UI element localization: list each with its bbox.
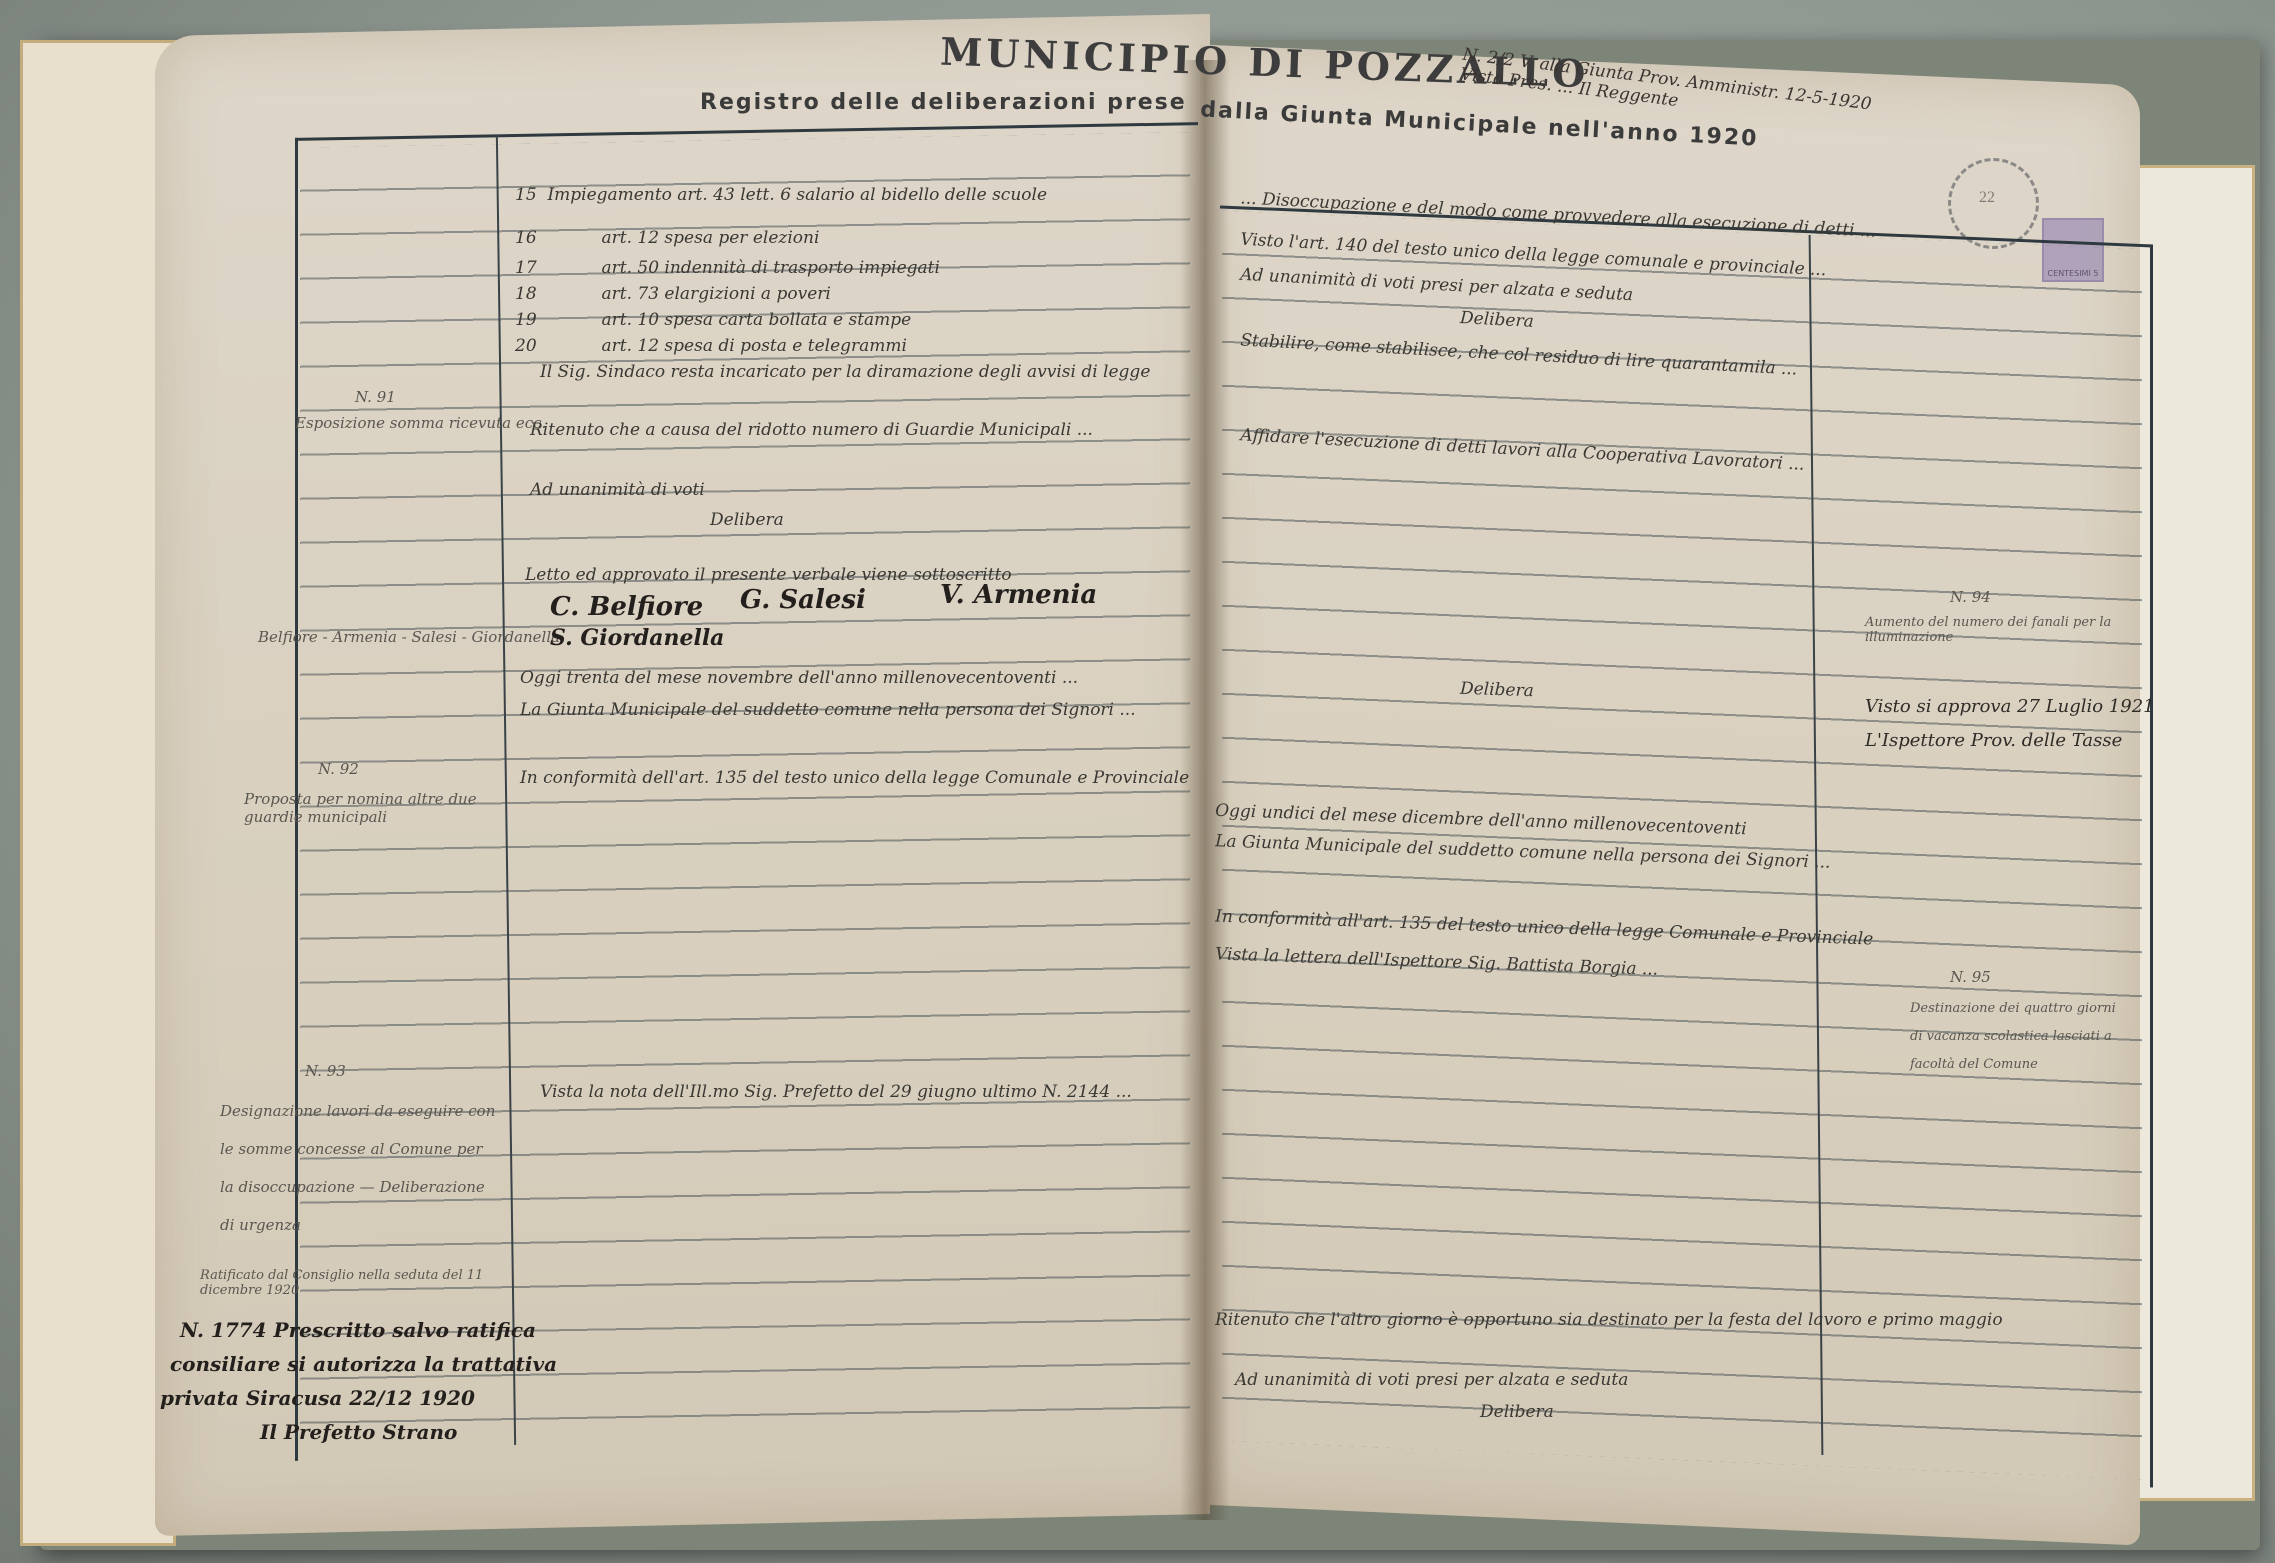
entry-number-91: N. 91	[355, 388, 396, 406]
body-line: Ritenuto che a causa del ridotto numero …	[530, 420, 1093, 440]
body-line: Ad unanimità di voti	[530, 480, 705, 500]
entry-subject-95: Destinazione dei quattro giorni di vacan…	[1910, 995, 2120, 1079]
entry-subject-91: Esposizione somma ricevuta ecc.	[295, 414, 546, 432]
body-line: Vista la nota dell'Ill.mo Sig. Prefetto …	[540, 1082, 1132, 1102]
body-line: In conformità dell'art. 135 del testo un…	[520, 768, 1189, 788]
budget-line: 17 art. 50 indennità di trasporto impieg…	[515, 258, 940, 278]
entry-signers: Belfiore - Armenia - Salesi - Giordanell…	[258, 628, 560, 646]
body-line: Ad unanimità di voti presi per alzata e …	[1235, 1370, 1628, 1390]
signature: S. Giordanella	[550, 625, 724, 651]
ratification-note: Ratificato dal Consiglio nella seduta de…	[200, 1268, 490, 1298]
body-line: Delibera	[1460, 679, 1534, 702]
budget-line: 19 art. 10 spesa carta bollata e stampe	[515, 310, 911, 330]
body-line: Oggi trenta del mese novembre dell'anno …	[520, 668, 1078, 688]
body-line: La Giunta Municipale del suddetto comune…	[520, 700, 1136, 720]
prefect-note-line: consiliare si autorizza la trattativa	[170, 1352, 557, 1376]
entry-number-93: N. 93	[305, 1062, 346, 1080]
signature: C. Belfiore	[550, 592, 703, 622]
tax-inspector-approval: Visto si approva 27 Luglio 1921 L'Ispett…	[1865, 690, 2155, 758]
entry-subject-92: Proposta per nomina altre due guardie mu…	[244, 790, 494, 826]
signature: G. Salesi	[740, 585, 866, 615]
prefect-note-line: privata Siracusa 22/12 1920	[160, 1386, 475, 1410]
budget-line: 16 art. 12 spesa per elezioni	[515, 228, 819, 248]
body-line: Ritenuto che l'altro giorno è opportuno …	[1215, 1310, 2003, 1330]
body-line: Delibera	[1460, 308, 1535, 332]
entry-number-95: N. 95	[1950, 968, 1991, 986]
book-cover-left-edge	[20, 40, 176, 1546]
entry-subject-94: Aumento del numero dei fanali per la ill…	[1865, 615, 2115, 645]
budget-line: 18 art. 73 elargizioni a poveri	[515, 284, 831, 304]
body-line: Delibera	[1480, 1402, 1554, 1422]
body-line: Letto ed approvato il presente verbale v…	[525, 565, 1012, 585]
budget-line: 15 Impiegamento art. 43 lett. 6 salario …	[515, 185, 1047, 205]
prefect-signature: Il Prefetto Strano	[260, 1420, 457, 1444]
register-subtitle-left: Registro delle deliberazioni prese	[700, 90, 1187, 115]
entry-subject-93: Designazione lavori da eseguire con le s…	[220, 1092, 500, 1244]
body-line: Delibera	[710, 510, 784, 530]
entry-number-92: N. 92	[318, 760, 359, 778]
entry-number-94: N. 94	[1950, 588, 1991, 606]
signature: V. Armenia	[940, 580, 1097, 610]
postmark-stamp: 22	[1948, 158, 2039, 249]
prefect-note-line: N. 1774 Prescritto salvo ratifica	[180, 1318, 536, 1342]
budget-line: Il Sig. Sindaco resta incaricato per la …	[540, 362, 1150, 382]
budget-line: 20 art. 12 spesa di posta e telegrammi	[515, 336, 907, 356]
